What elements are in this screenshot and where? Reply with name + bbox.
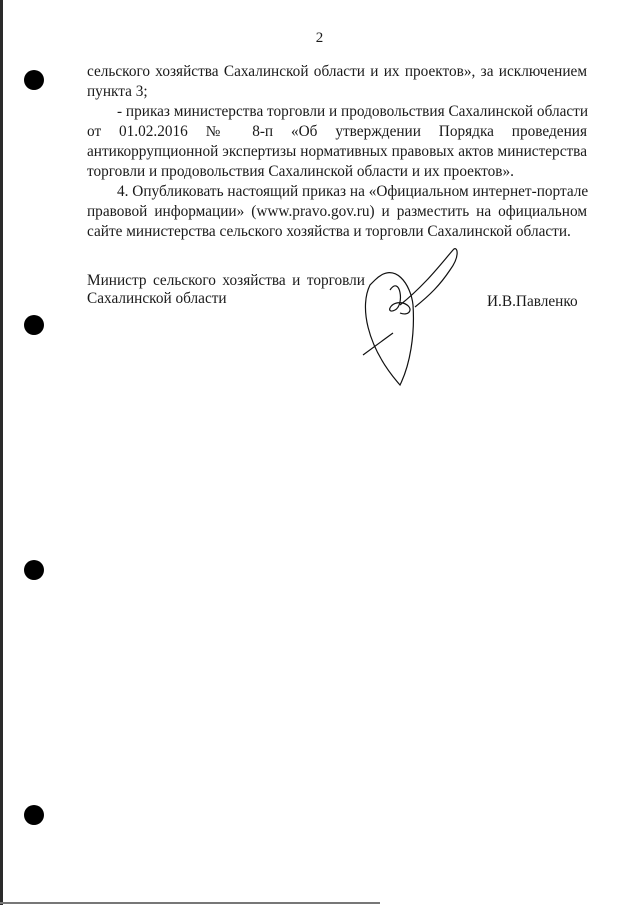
signature-icon [355,245,465,390]
text-line: от 01.02.2016 № 8-п «Об утверждении Поря… [87,122,587,142]
paragraph-continuation: сельского хозяйства Сахалинской области … [87,62,587,102]
paragraph-publish: 4. Опубликовать настоящий приказ на «Офи… [87,182,587,242]
punch-hole-icon [24,315,44,335]
scan-bottom-edge [0,902,380,904]
signatory-title-line: Министр сельского хозяйства и торговли [87,272,365,290]
text-line: сельского хозяйства Сахалинской области … [87,62,587,82]
text-line: правовой информации» (www.pravo.gov.ru) … [87,202,587,222]
text-line: сайте министерства сельского хозяйства и… [87,222,587,242]
text-line: торговли и продовольствия Сахалинской об… [87,162,587,182]
scan-left-edge [0,0,3,905]
signatory-title-line: Сахалинской области [87,290,227,307]
text-line: - приказ министерства торговли и продово… [87,102,587,122]
punch-hole-icon [24,805,44,825]
text-line: пункта 3; [87,82,587,102]
punch-hole-icon [24,70,44,90]
page-number: 2 [0,30,639,47]
text-line: антикоррупционной экспертизы нормативных… [87,142,587,162]
punch-hole-icon [24,560,44,580]
paragraph-order-item: - приказ министерства торговли и продово… [87,102,587,182]
signatory-title: Министр сельского хозяйства и торговли С… [87,272,365,308]
text-line: 4. Опубликовать настоящий приказ на «Офи… [87,182,587,202]
signatory-name: И.В.Павленко [487,293,578,311]
